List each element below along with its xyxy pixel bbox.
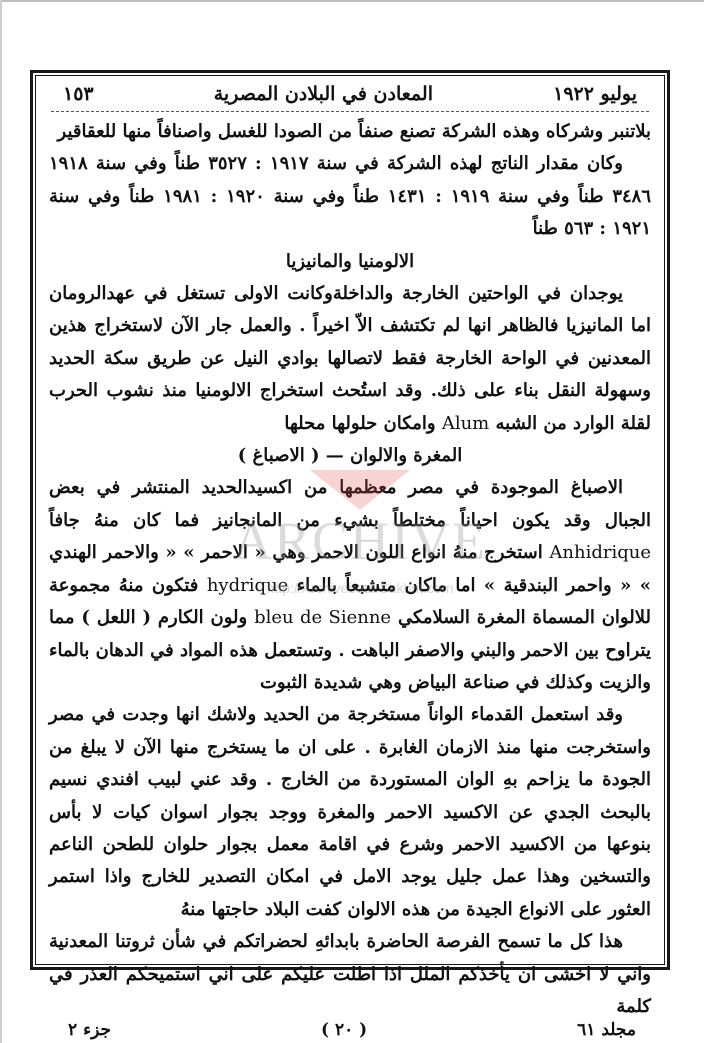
paragraph-ancient-colors: وقد استعمل القدماء الواناً مستخرجة من ال… [49, 699, 651, 926]
footer-volume: مجلد ٦١ [549, 1020, 664, 1040]
page-edge-top [0, 0, 704, 2]
section-heading-alumina: الالومنيا والمانيزيا [49, 246, 651, 278]
paragraph-alumina: يوجدان في الواحتين الخارجة والداخلةوكانت… [49, 278, 651, 440]
paragraph-alumina-end: وامكان حلولها محلها [284, 413, 435, 434]
page-frame: يوليو ١٩٢٢ المعادن في البلادن المصرية ١٥… [30, 70, 670, 970]
header-divider [51, 111, 649, 112]
article-content: بلاتنبر وشركاه وهذه الشركة تصنع صنفاً من… [41, 116, 659, 1023]
paragraph-pigments: الاصباغ الموجودة في مصر معظمها من اكسيدا… [49, 472, 651, 699]
paragraph-production: وكان مقدار الناتج لهذه الشركة في سنة ١٩١… [49, 148, 651, 245]
paragraph-closing: هذا كل ما تسمح الفرصة الحاضرة بابدائهِ ل… [49, 926, 651, 1023]
running-footer: مجلد ٦١ ( ٢٠ ) جزء ٢ [40, 1020, 664, 1040]
paragraph-alumina-text: يوجدان في الواحتين الخارجة والداخلةوكانت… [49, 283, 651, 434]
paragraph-pigments-text: الاصباغ الموجودة في مصر معظمها من اكسيدا… [49, 477, 651, 530]
paragraph-soda: بلاتنبر وشركاه وهذه الشركة تصنع صنفاً من… [49, 116, 651, 148]
running-header: يوليو ١٩٢٢ المعادن في البلادن المصرية ١٥… [41, 77, 659, 111]
page-body: يوليو ١٩٢٢ المعادن في البلادن المصرية ١٥… [41, 77, 659, 963]
latin-term-hydrique: hydrique [207, 575, 288, 596]
latin-term-bleu-de-sienne: bleu de Sienne [254, 607, 391, 628]
latin-term-alum: Alum [442, 413, 489, 434]
section-heading-ochre: المغرة والالوان — ( الاصباغ ) [49, 440, 651, 472]
header-title: المعادن في البلادن المصرية [214, 83, 433, 105]
header-page-number: ١٥٣ [63, 83, 94, 105]
latin-term-anhidrique: Anhidrique [549, 542, 651, 563]
footer-issue-page: ( ٢٠ ) [293, 1020, 395, 1040]
header-date: يوليو ١٩٢٢ [553, 83, 637, 105]
footer-part: جزء ٢ [40, 1020, 139, 1040]
page-edge-left [0, 0, 2, 1043]
